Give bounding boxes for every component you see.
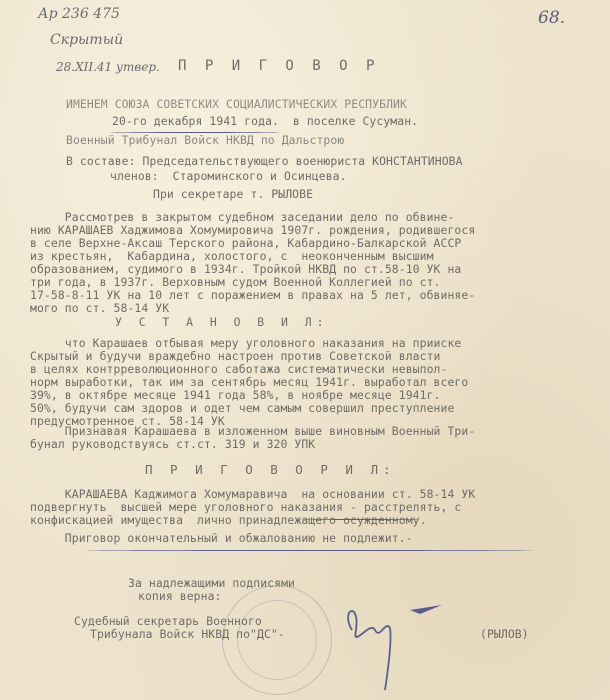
sentence-text: КАРАШАЕВА Каджимога Хомумаравича на осно… <box>30 488 475 527</box>
final-underline <box>85 550 535 551</box>
case-description: Рассмотрев в закрытом судебном заседании… <box>30 211 475 315</box>
place-note: Скрытый <box>50 32 123 48</box>
date-place: 20-го декабря 1941 года. в поселке Сусум… <box>112 115 418 128</box>
signatory-name: (РЫЛОВ) <box>480 628 529 641</box>
court-name: Военный Трибунал Войск НКВД по Дальстрою <box>66 134 344 147</box>
sentenced-heading: П Р И Г О В О Р И Л: <box>145 463 396 476</box>
page-number: 68. <box>538 8 565 28</box>
text-line: мого по ст. 58-14 УК <box>30 302 475 315</box>
certification-line-2: копия верна: <box>138 590 222 603</box>
date-note: 28.XII.41 утвер. <box>56 60 160 74</box>
established-text: что Карашаев отбывая меру уголовного нак… <box>30 337 468 428</box>
composition-members: членов: Староминского и Осинцева. <box>110 170 347 183</box>
final-line: Приговор окончательный и обжалованию не … <box>30 532 413 545</box>
sentence-underline <box>300 519 420 520</box>
established-heading: У С Т А Н О В И Л: <box>115 316 328 329</box>
composition-chair: В составе: Председательствующего военюри… <box>66 155 463 168</box>
signatory-line-2: Трибунала Войск НКВД по"ДС"- <box>90 628 285 641</box>
text-line: конфискацией имущества лично принадлежащ… <box>30 514 475 527</box>
archive-number-note: Ар 236 475 <box>38 6 120 22</box>
text-line: бунал руководствуясь ст.ст. 319 и 320 УП… <box>30 438 475 451</box>
secretary: При секретаре т. РЫЛОВЕ <box>153 188 313 201</box>
signature <box>330 600 450 695</box>
recognition-text: Признавая Карашаева в изложенном выше ви… <box>30 425 475 451</box>
header-line: ИМЕНЕМ СОЮЗА СОВЕТСКИХ СОЦИАЛИСТИЧЕСКИХ … <box>66 98 407 111</box>
document-page: Ар 236 475 Скрытый 28.XII.41 утвер. 68. … <box>0 0 610 700</box>
document-title: П Р И Г О В О Р <box>178 60 379 73</box>
